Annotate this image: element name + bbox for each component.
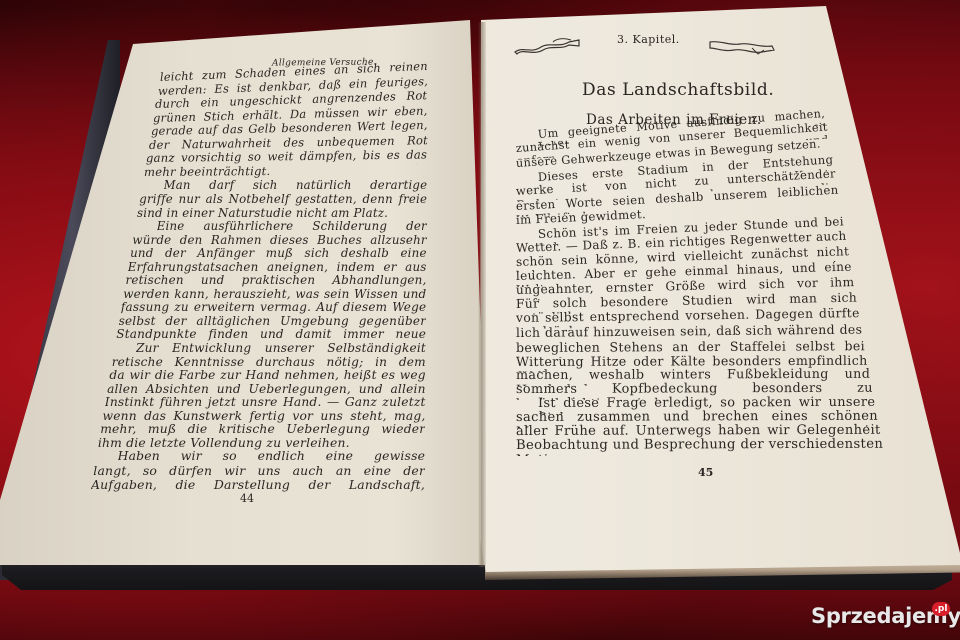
book-gutter (478, 22, 486, 567)
scroll-ornament-left-icon (513, 34, 583, 56)
watermark-badge: .pl (932, 602, 950, 616)
left-body-line: Aufgaben, die Darstellung der Landschaft… (91, 477, 425, 493)
left-page-number: 44 (240, 492, 254, 505)
chapter-title: Das Landschaftsbild. (582, 80, 774, 100)
right-body-line: Beobachtung und Besprechung der verschie… (516, 437, 883, 456)
photo-scene: Allgemeine Versuche. leicht zum Schaden … (0, 0, 960, 640)
scroll-ornament-right-icon (708, 38, 778, 58)
chapter-label: 3. Kapitel. (617, 33, 680, 46)
right-page-number: 45 (698, 466, 713, 479)
